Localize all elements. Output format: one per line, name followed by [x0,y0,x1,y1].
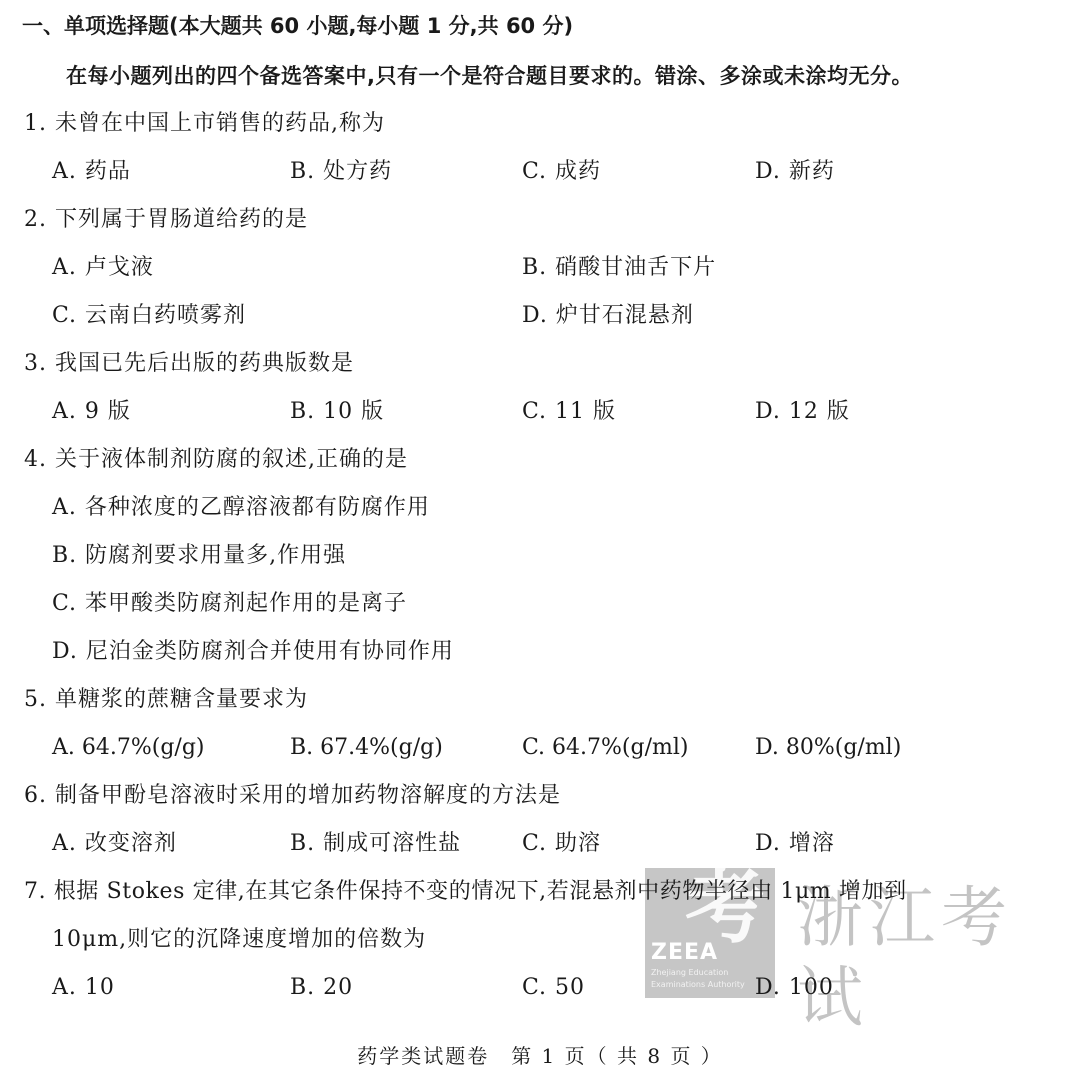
question-6-stem: 6. 制备甲酚皂溶液时采用的增加药物溶解度的方法是 [24,782,561,810]
zeea-logo-text: ZEEA [651,940,718,965]
question-2-option-d: D. 炉甘石混悬剂 [522,302,694,330]
question-4-stem: 4. 关于液体制剂防腐的叙述,正确的是 [24,446,408,474]
section-instruction: 在每小题列出的四个备选答案中,只有一个是符合题目要求的。错涂、多涂或未涂均无分。 [66,62,913,90]
question-4-option-d: D. 尼泊金类防腐剂合并使用有协同作用 [52,638,454,666]
question-2-option-c: C. 云南白药喷雾剂 [52,302,246,330]
question-4-option-c: C. 苯甲酸类防腐剂起作用的是离子 [52,590,407,618]
question-7-option-c: C. 50 [522,974,585,1002]
question-2-option-a: A. 卢戈液 [52,254,154,282]
question-6-option-c: C. 助溶 [522,830,601,858]
question-7-stem-continued: 10μm,则它的沉降速度增加的倍数为 [52,926,426,954]
question-1-option-a: A. 药品 [52,158,131,186]
question-2-option-b: B. 硝酸甘油舌下片 [522,254,716,282]
section-heading: 一、单项选择题(本大题共 60 小题,每小题 1 分,共 60 分) [22,12,573,40]
question-7-option-a: A. 10 [52,974,115,1002]
question-5-stem: 5. 单糖浆的蔗糖含量要求为 [24,686,308,714]
zeea-logo-subtitle-1: Zhejiang Education [651,968,728,977]
question-6-option-a: A. 改变溶剂 [52,830,177,858]
zeea-logo-subtitle-2: Examinations Authority [651,980,745,989]
question-4-option-b: B. 防腐剂要求用量多,作用强 [52,542,346,570]
question-2-stem: 2. 下列属于胃肠道给药的是 [24,206,308,234]
question-5-option-c: C. 64.7%(g/ml) [522,734,688,762]
question-7-option-b: B. 20 [290,974,353,1002]
question-7-stem: 7. 根据 Stokes 定律,在其它条件保持不变的情况下,若混悬剂中药物半径由… [24,878,907,906]
question-1-option-d: D. 新药 [755,158,835,186]
question-3-option-d: D. 12 版 [755,398,850,426]
question-7-option-d: D. 100 [755,974,834,1002]
question-5-option-b: B. 67.4%(g/g) [290,734,443,762]
question-5-option-d: D. 80%(g/ml) [755,734,901,762]
page-footer: 药学类试题卷 第 1 页（ 共 8 页 ） [0,1040,1080,1069]
question-3-option-b: B. 10 版 [290,398,384,426]
question-3-option-c: C. 11 版 [522,398,616,426]
question-3-stem: 3. 我国已先后出版的药典版数是 [24,350,354,378]
question-1-option-b: B. 处方药 [290,158,392,186]
question-3-option-a: A. 9 版 [52,398,131,426]
question-1-option-c: C. 成药 [522,158,601,186]
question-6-option-d: D. 增溶 [755,830,835,858]
question-5-option-a: A. 64.7%(g/g) [52,734,205,762]
question-6-option-b: B. 制成可溶性盐 [290,830,461,858]
question-1-stem: 1. 未曾在中国上市销售的药品,称为 [24,110,385,138]
question-4-option-a: A. 各种浓度的乙醇溶液都有防腐作用 [52,494,430,522]
